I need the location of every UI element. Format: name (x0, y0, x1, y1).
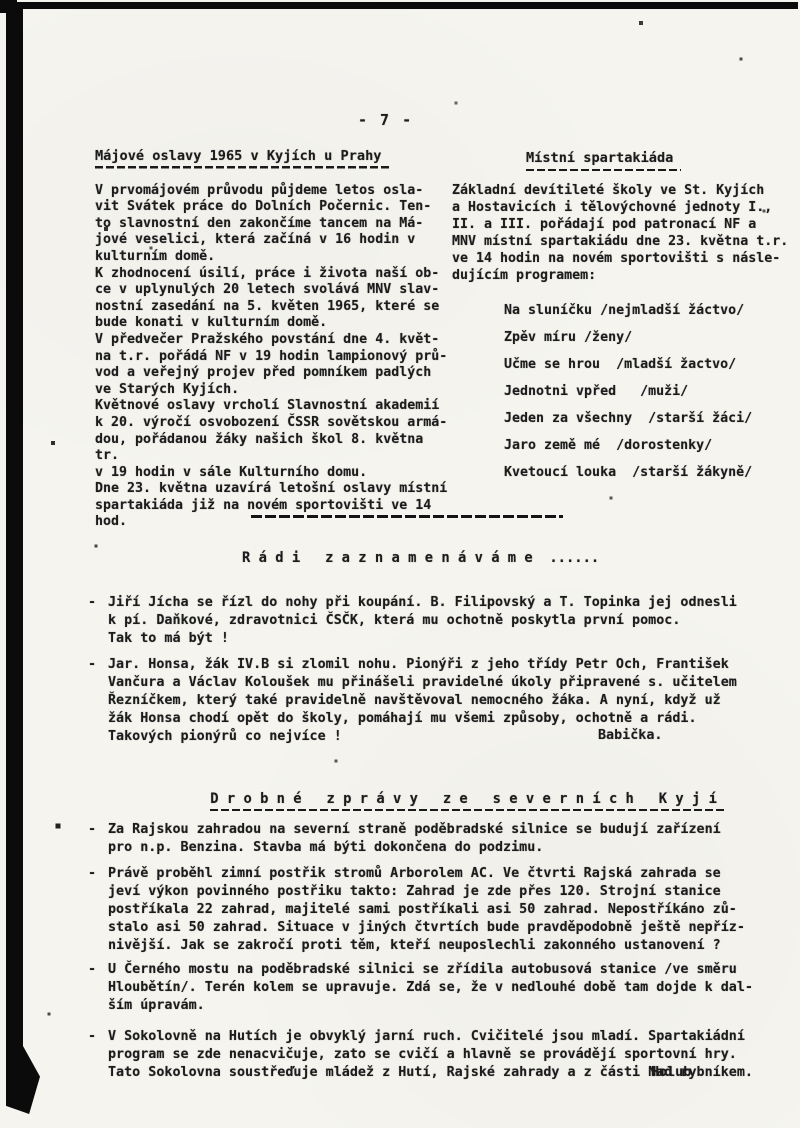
scan-edge-left (6, 3, 23, 1053)
signature-babicka: Babička. (598, 728, 663, 743)
list-item: - Jiří Jícha se řízl do nohy při koupání… (88, 594, 764, 648)
program-item: Jeden za všechny /starší žáci/ (504, 405, 790, 432)
article-title: Májové oslavy 1965 v Kyjích u Prahy (95, 148, 455, 169)
scan-speckles (0, 0, 2, 2)
bullet-dash: - (88, 1028, 100, 1082)
paragraph: Květnové oslavy vrcholí Slavnostní akade… (95, 398, 455, 481)
article-title: Místní spartakiáda (526, 150, 790, 171)
list-item: - U Černého mostu na poděbradské silnici… (88, 961, 768, 1015)
scan-edge-left-foot (6, 1046, 40, 1114)
section-title-text: D r o b n é z p r á v y z e s e v e r n … (210, 791, 725, 811)
list-item: - Za Rajskou zahradou na severní straně … (88, 821, 768, 857)
section-title-radi-zaznamenavame: R á d i z a z n a m e n á v á m e ...... (242, 550, 599, 566)
bullet-dash: - (88, 594, 100, 648)
section-divider-dashed (251, 515, 563, 518)
scanned-newsletter-page: - 7 - Májové oslavy 1965 v Kyjích u Prah… (0, 0, 800, 1128)
article-majove-oslavy: Májové oslavy 1965 v Kyjích u Prahy V pr… (95, 148, 455, 531)
bullet-dash: - (88, 961, 100, 1015)
program-item: Na sluníčku /nejmladší žáctvo/ (504, 297, 790, 324)
list-item-text: Právě proběhl zimní postřik stromů Arbor… (108, 865, 768, 955)
program-item: Jaro země mé /dorostenky/ (504, 432, 790, 459)
bullet-dash: - (88, 656, 100, 746)
section-title-drobne-zpravy: D r o b n é z p r á v y z e s e v e r n … (177, 775, 725, 827)
paragraph: K zhodnocení úsilí, práce i života naší … (95, 266, 455, 332)
signature-holub: Holub (651, 1065, 691, 1080)
list-item: - Právě proběhl zimní postřik stromů Arb… (88, 865, 768, 955)
drobne-items-list: - Za Rajskou zahradou na severní straně … (88, 821, 768, 1088)
article-title-text: Místní spartakiáda (526, 150, 681, 171)
article-title-text: Májové oslavy 1965 v Kyjích u Prahy (95, 148, 389, 169)
scan-edge-top (10, 2, 798, 9)
spartakiada-program-list: Na sluníčku /nejmladší žáctvo/ Zpěv míru… (452, 297, 790, 486)
list-item-text: Jar. Honsa, žák IV.B si zlomil nohu. Pio… (108, 656, 764, 746)
program-item: Učme se hrou /mladší žactvo/ (504, 351, 790, 378)
list-item-text: Jiří Jícha se řízl do nohy při koupání. … (108, 594, 764, 648)
article-mistni-spartakiada: Místní spartakiáda Základní devítileté š… (452, 150, 790, 486)
program-item: Jednotni vpřed /muži/ (504, 378, 790, 405)
paragraph: V prvomájovém průvodu půjdeme letos osla… (95, 183, 455, 266)
program-item: Zpěv míru /ženy/ (504, 324, 790, 351)
paragraph: Základní devítileté školy ve St. Kyjích … (452, 182, 790, 284)
program-item: Kvetoucí louka /starší žákyně/ (504, 459, 790, 486)
bullet-dash: - (88, 821, 100, 857)
bullet-dash: - (88, 865, 100, 955)
page-number: - 7 - (358, 111, 413, 129)
paragraph: Dne 23. května uzavírá letošní oslavy mí… (95, 481, 455, 531)
paragraph: V předvečer Pražského povstání dne 4. kv… (95, 332, 455, 398)
list-item-text: Za Rajskou zahradou na severní straně po… (108, 821, 768, 857)
list-item-text: U Černého mostu na poděbradské silnici s… (108, 961, 768, 1015)
